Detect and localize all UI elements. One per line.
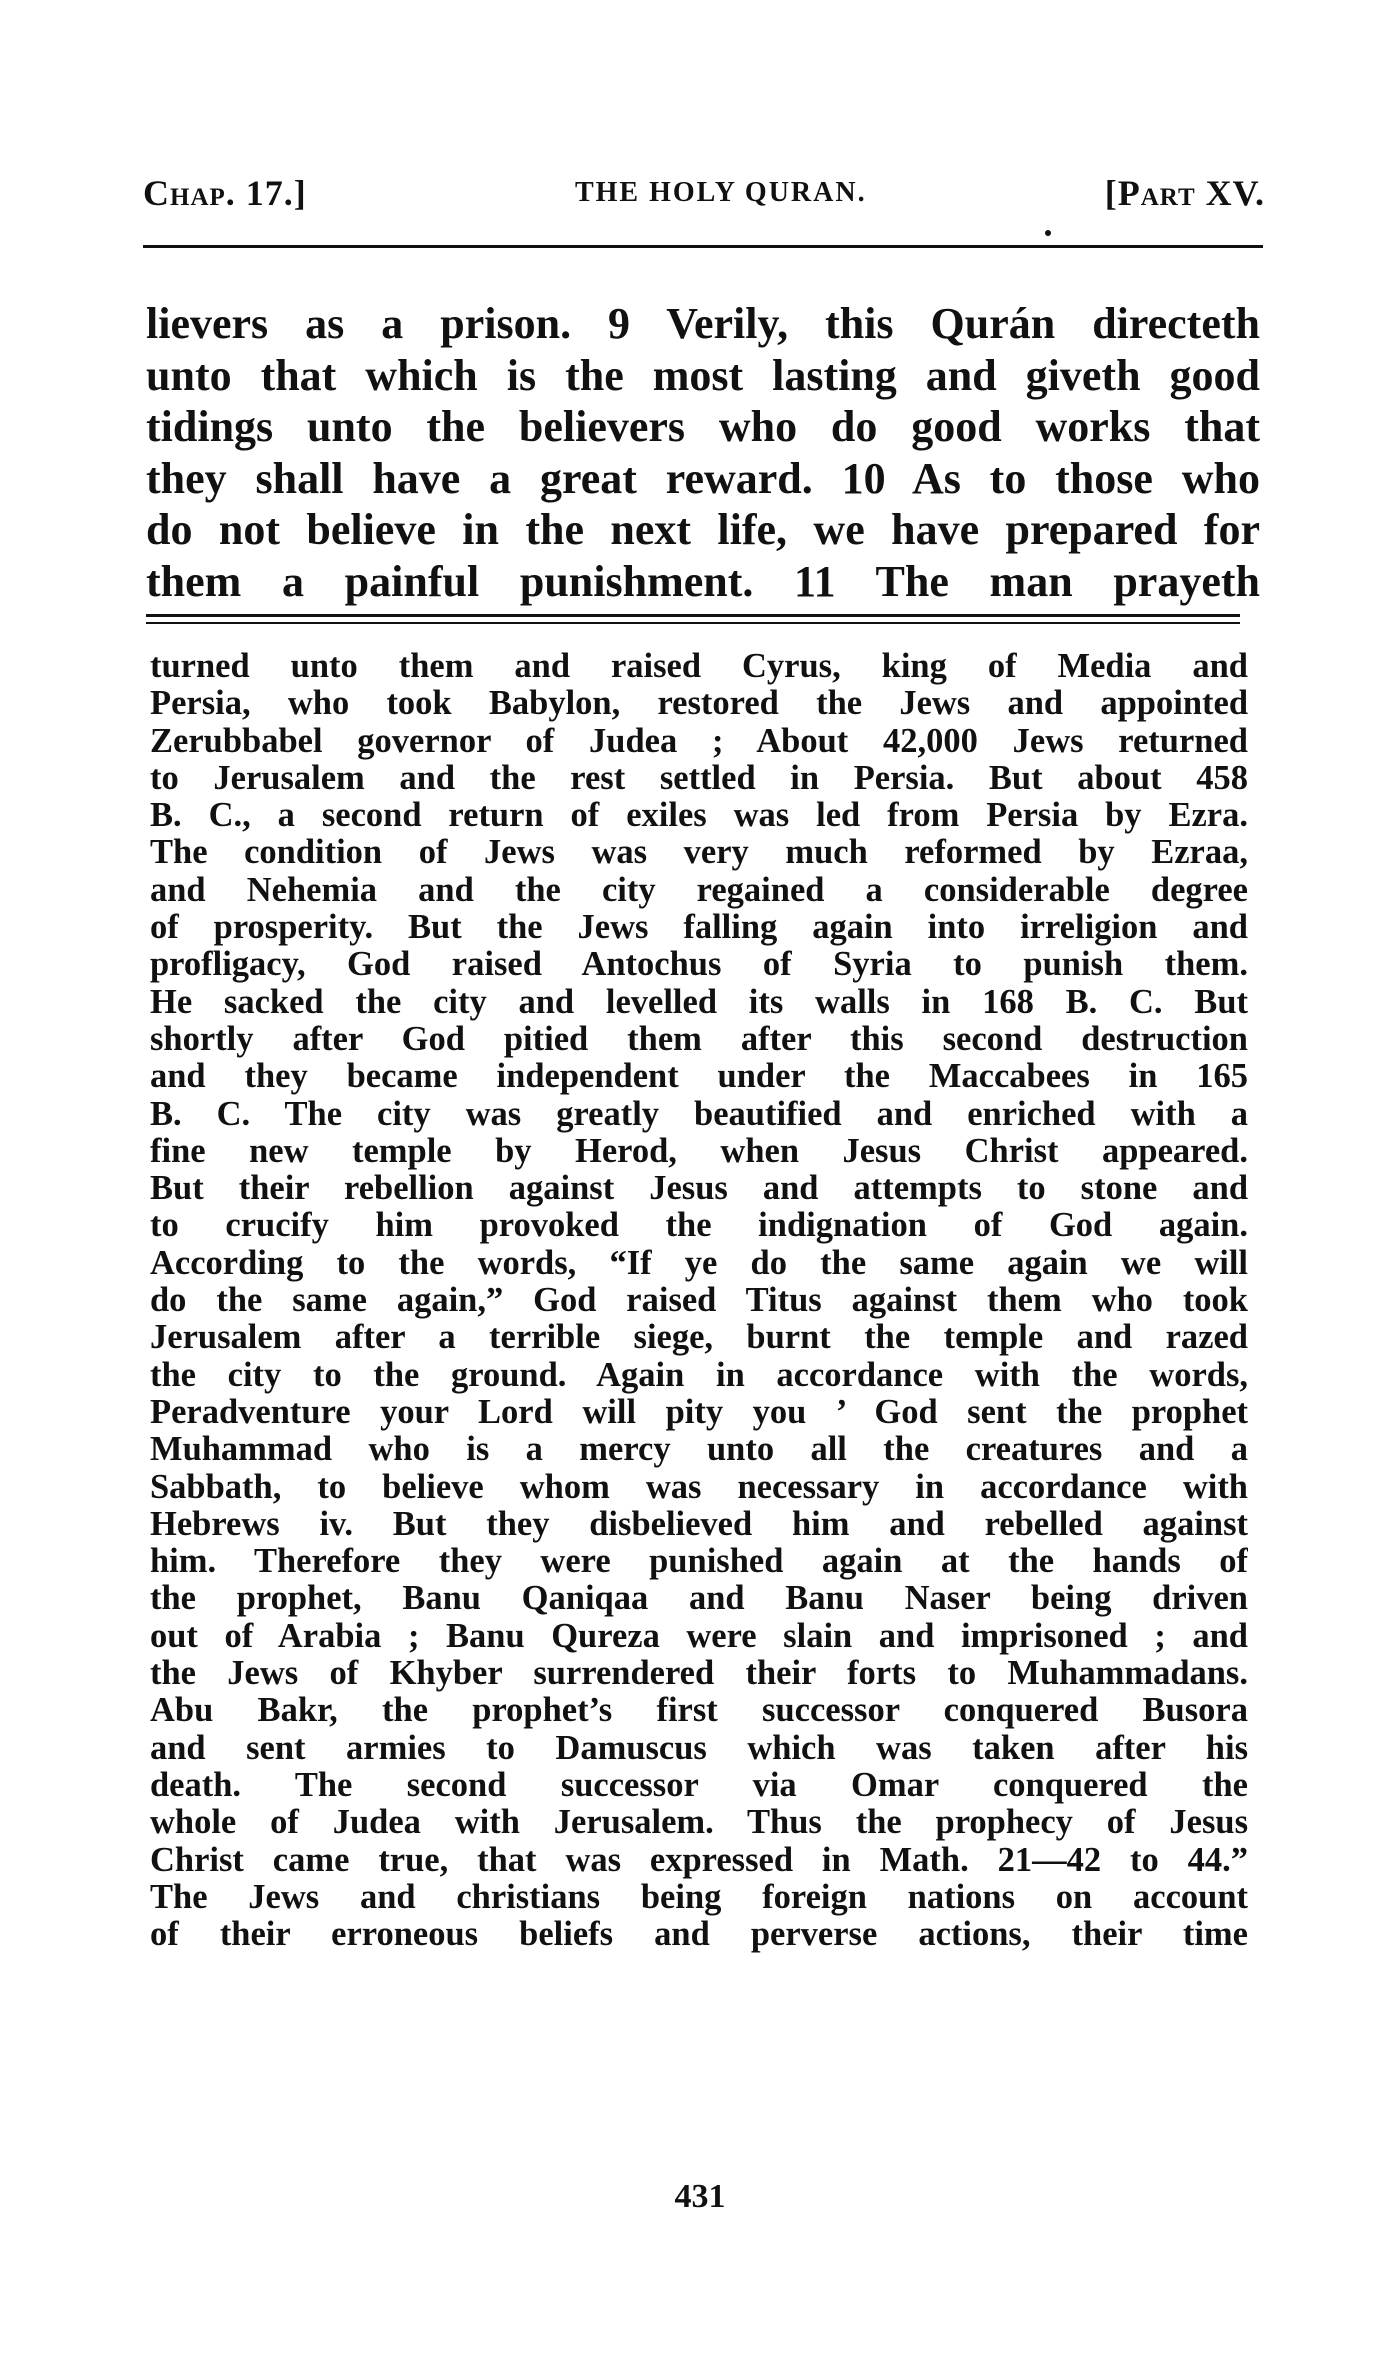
running-head: Chap. 17.] THE HOLY QURAN. [Part XV. xyxy=(143,168,1265,218)
footnote-line: Christ came true, that was expressed in … xyxy=(150,1842,1248,1879)
chapter-label: Chap. 17.] xyxy=(143,172,307,214)
footnote-line: Abu Bakr, the prophet’s first successor … xyxy=(150,1692,1248,1729)
footnote-line: of prosperity. But the Jews falling agai… xyxy=(150,909,1248,946)
footnote-block: turned unto them and raised Cyrus, king … xyxy=(150,648,1248,1953)
footnote-line: Sabbath, to believe whom was necessary i… xyxy=(150,1469,1248,1506)
footnote-line: and Nehemia and the city regained a cons… xyxy=(150,872,1248,909)
main-text-line: them a painful punishment. 11 The man pr… xyxy=(146,556,1260,608)
footnote-line: B. C. The city was greatly beautified an… xyxy=(150,1096,1248,1133)
footnote-line: turned unto them and raised Cyrus, king … xyxy=(150,648,1248,685)
book-page: Chap. 17.] THE HOLY QURAN. [Part XV. lie… xyxy=(0,0,1400,2360)
footnote-line: Muhammad who is a mercy unto all the cre… xyxy=(150,1431,1248,1468)
main-text-line: they shall have a great reward. 10 As to… xyxy=(146,453,1260,505)
footnote-line: Peradventure your Lord will pity you ’ G… xyxy=(150,1394,1248,1431)
footnote-line: death. The second successor via Omar con… xyxy=(150,1767,1248,1804)
main-text-line: unto that which is the most lasting and … xyxy=(146,350,1260,402)
main-text-block: lievers as a prison. 9 Verily, this Qurá… xyxy=(146,298,1260,607)
footnote-line: whole of Judea with Jerusalem. Thus the … xyxy=(150,1804,1248,1841)
footnote-line: But their rebellion against Jesus and at… xyxy=(150,1170,1248,1207)
footnote-line: The condition of Jews was very much refo… xyxy=(150,834,1248,871)
print-mark xyxy=(1045,230,1051,236)
footnote-separator-rule xyxy=(146,614,1240,624)
footnote-line: out of Arabia ; Banu Qureza were slain a… xyxy=(150,1618,1248,1655)
page-number: 431 xyxy=(650,2178,750,2216)
main-text-line: do not believe in the next life, we have… xyxy=(146,504,1260,556)
footnote-line: to Jerusalem and the rest settled in Per… xyxy=(150,760,1248,797)
footnote-line: The Jews and christians being foreign na… xyxy=(150,1879,1248,1916)
footnote-line: and they became independent under the Ma… xyxy=(150,1058,1248,1095)
footnote-line: According to the words, “If ye do the sa… xyxy=(150,1245,1248,1282)
footnote-line: the Jews of Khyber surrendered their for… xyxy=(150,1655,1248,1692)
footnote-line: the prophet, Banu Qaniqaa and Banu Naser… xyxy=(150,1580,1248,1617)
book-title: THE HOLY QURAN. xyxy=(575,177,867,209)
footnote-line: to crucify him provoked the indignation … xyxy=(150,1207,1248,1244)
footnote-line: He sacked the city and levelled its wall… xyxy=(150,984,1248,1021)
footnote-line: of their erroneous beliefs and perverse … xyxy=(150,1916,1248,1953)
header-rule xyxy=(143,245,1263,248)
footnote-line: the city to the ground. Again in accorda… xyxy=(150,1357,1248,1394)
footnote-line: shortly after God pitied them after this… xyxy=(150,1021,1248,1058)
footnote-line: Hebrews iv. But they disbelieved him and… xyxy=(150,1506,1248,1543)
footnote-line: him. Therefore they were punished again … xyxy=(150,1543,1248,1580)
footnote-line: Jerusalem after a terrible siege, burnt … xyxy=(150,1319,1248,1356)
footnote-line: and sent armies to Damuscus which was ta… xyxy=(150,1730,1248,1767)
part-label: [Part XV. xyxy=(1105,172,1265,214)
footnote-line: Zerubbabel governor of Judea ; About 42,… xyxy=(150,723,1248,760)
main-text-line: lievers as a prison. 9 Verily, this Qurá… xyxy=(146,298,1260,350)
footnote-line: do the same again,” God raised Titus aga… xyxy=(150,1282,1248,1319)
footnote-line: Persia, who took Babylon, restored the J… xyxy=(150,685,1248,722)
footnote-line: B. C., a second return of exiles was led… xyxy=(150,797,1248,834)
footnote-line: fine new temple by Herod, when Jesus Chr… xyxy=(150,1133,1248,1170)
main-text-line: tidings unto the believers who do good w… xyxy=(146,401,1260,453)
footnote-line: profligacy, God raised Antochus of Syria… xyxy=(150,946,1248,983)
